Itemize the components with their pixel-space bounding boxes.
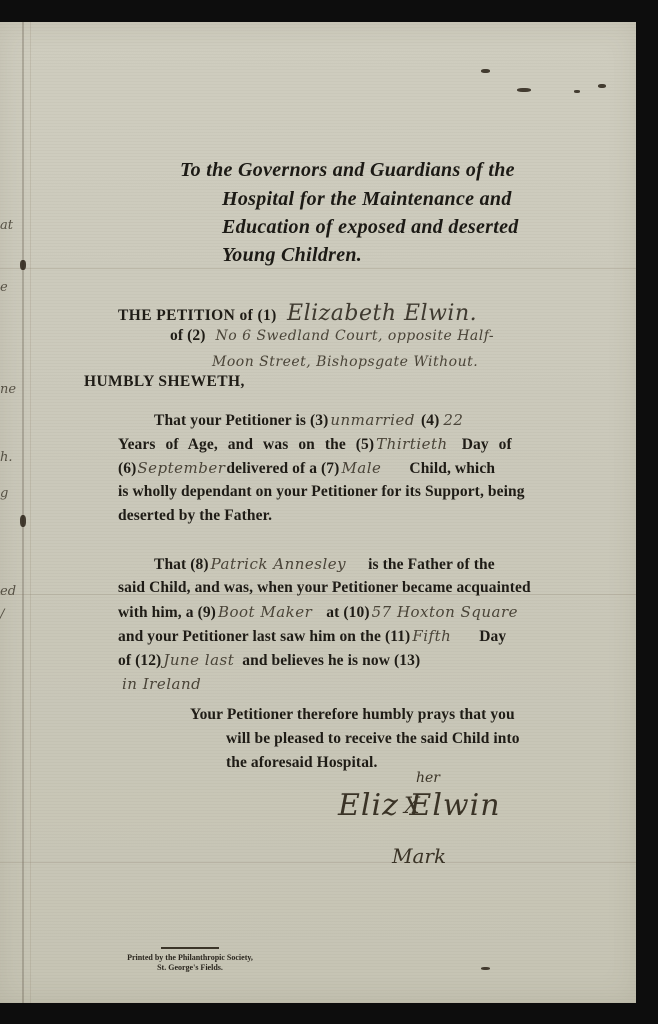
ink-stain bbox=[574, 90, 580, 93]
text: Day of bbox=[462, 436, 512, 453]
prayer-line-3: the aforesaid Hospital. bbox=[226, 754, 377, 772]
margin-bleed-text: at bbox=[0, 218, 13, 233]
ink-mark bbox=[20, 515, 26, 527]
heading-line-3: Education of exposed and deserted bbox=[222, 213, 519, 242]
para1-line1: That your Petitioner is (3)unmarried(4) … bbox=[154, 411, 463, 430]
last-seen-day: Fifth bbox=[412, 627, 451, 645]
birth-day: Thirtieth bbox=[376, 435, 448, 453]
signature-mark-label: Mark bbox=[392, 844, 446, 868]
margin-bleed-text: g bbox=[0, 486, 8, 501]
binding-fold-secondary bbox=[30, 22, 31, 1003]
text: with him, a (9) bbox=[118, 604, 216, 621]
binding-fold bbox=[22, 22, 24, 1003]
petition-label: THE PETITION of (1) bbox=[118, 307, 277, 324]
para2-line5: of (12)June lastand believes he is now (… bbox=[118, 651, 420, 670]
father-name: Patrick Annesley bbox=[211, 555, 347, 573]
birth-month: September bbox=[137, 459, 225, 477]
printer-imprint: Printed by the Philanthropic Society, St… bbox=[110, 947, 270, 973]
child-sex: Male bbox=[341, 459, 381, 477]
para2-line6: in Ireland bbox=[122, 675, 201, 694]
horizontal-fold bbox=[0, 862, 636, 863]
text: That (8) bbox=[154, 556, 209, 573]
signature-her: her bbox=[416, 770, 440, 786]
text: of (12) bbox=[118, 652, 161, 669]
text: Years of Age, and was on the (5) bbox=[118, 436, 374, 453]
para1-line4: is wholly dependant on your Petitioner f… bbox=[118, 483, 525, 501]
prayer-line-1: Your Petitioner therefore humbly prays t… bbox=[190, 706, 515, 724]
text: Child, which bbox=[409, 460, 495, 477]
address-line: of (2) No 6 Swedland Court, opposite Hal… bbox=[170, 327, 494, 345]
para2-line4: and your Petitioner last saw him on the … bbox=[118, 627, 506, 646]
marital-status: unmarried bbox=[330, 411, 415, 429]
imprint-rule bbox=[161, 947, 219, 949]
para1-line3: (6)Septemberdelivered of a (7)MaleChild,… bbox=[118, 459, 495, 478]
text: delivered of a (7) bbox=[226, 460, 339, 477]
para1-line5: deserted by the Father. bbox=[118, 507, 272, 525]
petitioner-address-1: No 6 Swedland Court, opposite Half- bbox=[215, 328, 494, 344]
heading-line-1: To the Governors and Guardians of the bbox=[180, 156, 515, 185]
para2-line3: with him, a (9)Boot Makerat (10)57 Hoxto… bbox=[118, 603, 518, 622]
address-label: of (2) bbox=[170, 327, 205, 344]
petitioner-name: Elizabeth Elwin. bbox=[287, 301, 477, 326]
ink-stain bbox=[481, 69, 490, 73]
last-seen-month: June last bbox=[163, 651, 234, 669]
text: is the Father of the bbox=[368, 556, 495, 573]
address-line-2: Moon Street, Bishopsgate Without. bbox=[212, 353, 478, 371]
father-occupation: Boot Maker bbox=[218, 603, 312, 621]
margin-bleed-text: / bbox=[0, 607, 4, 622]
text: (4) bbox=[421, 412, 439, 429]
margin-bleed-text: ne bbox=[0, 382, 16, 397]
para2-line1: That (8)Patrick Annesleyis the Father of… bbox=[154, 555, 495, 574]
humbly-sheweth: HUMBLY SHEWETH, bbox=[84, 373, 245, 391]
age: 22 bbox=[443, 411, 463, 429]
text: and believes he is now (13) bbox=[242, 652, 420, 669]
ink-stain bbox=[517, 88, 531, 92]
petitioner-address-2: Moon Street, Bishopsgate Without. bbox=[212, 354, 478, 370]
petition-of-line: THE PETITION of (1) Elizabeth Elwin. bbox=[118, 301, 477, 326]
text: and your Petitioner last saw him on the … bbox=[118, 628, 410, 645]
signature-x-mark: X bbox=[404, 794, 420, 819]
margin-bleed-text: h. bbox=[0, 450, 13, 465]
ink-stain bbox=[481, 967, 490, 970]
document-page: at e ne h. g ed / To the Governors and G… bbox=[0, 22, 636, 1003]
margin-bleed-text: ed bbox=[0, 584, 16, 599]
ink-stain bbox=[598, 84, 606, 88]
imprint-line-1: Printed by the Philanthropic Society, bbox=[110, 953, 270, 963]
text: at (10) bbox=[326, 604, 369, 621]
father-whereabouts: in Ireland bbox=[122, 675, 201, 693]
imprint-line-2: St. George's Fields. bbox=[110, 963, 270, 973]
para1-line2: Years of Age, and was on the (5)Thirtiet… bbox=[118, 435, 512, 454]
text: Day bbox=[479, 628, 506, 645]
heading-line-4: Young Children. bbox=[222, 241, 362, 270]
text: (6) bbox=[118, 460, 136, 477]
para2-line2: said Child, and was, when your Petitione… bbox=[118, 579, 531, 597]
text: That your Petitioner is (3) bbox=[154, 412, 328, 429]
prayer-line-2: will be pleased to receive the said Chil… bbox=[226, 730, 520, 748]
heading-line-2: Hospital for the Maintenance and bbox=[222, 185, 512, 214]
father-address: 57 Hoxton Square bbox=[372, 603, 518, 621]
margin-bleed-text: e bbox=[0, 280, 8, 295]
ink-mark bbox=[20, 260, 26, 270]
